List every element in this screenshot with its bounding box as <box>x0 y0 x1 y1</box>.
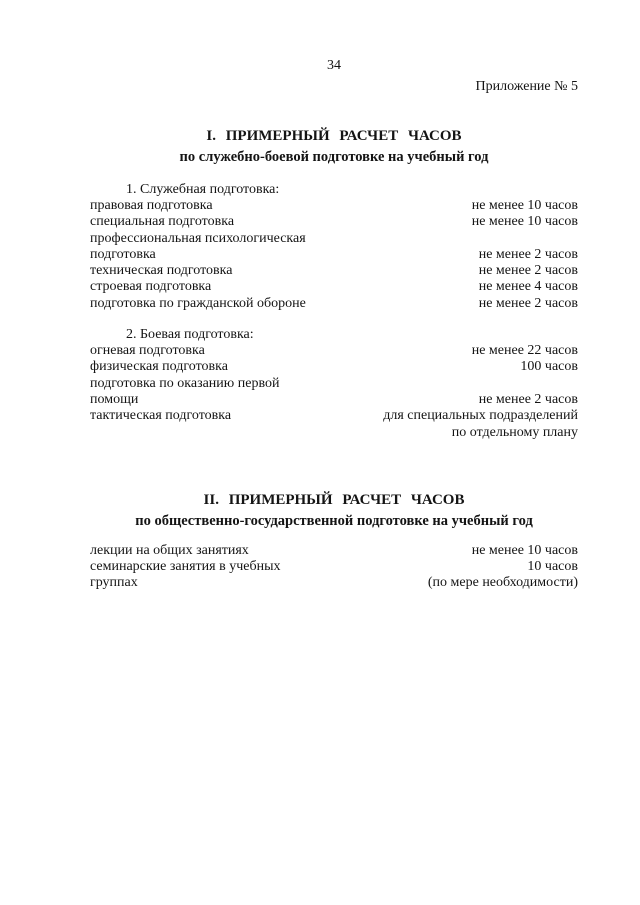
table-row: специальная подготовка не менее 10 часов <box>90 214 578 230</box>
row-label: тактическая подготовка <box>90 408 231 424</box>
row-value: не менее 2 часов <box>479 392 578 408</box>
table-row: подготовка не менее 2 часов <box>90 247 578 263</box>
row-label: огневая подготовка <box>90 343 205 359</box>
row-label: специальная подготовка <box>90 214 234 230</box>
row-value: не менее 10 часов <box>472 198 578 214</box>
row-label: семинарские занятия в учебных <box>90 559 281 575</box>
row-label: подготовка по оказанию первой <box>90 376 279 392</box>
document-page: 34 Приложение № 5 I. ПРИМЕРНЫЙ РАСЧЕТ ЧА… <box>0 0 640 905</box>
section-2-rows: лекции на общих занятиях не менее 10 час… <box>90 543 578 592</box>
table-row: подготовка по гражданской обороне не мен… <box>90 296 578 312</box>
row-value: не менее 10 часов <box>472 214 578 230</box>
section-1-title: I. ПРИМЕРНЫЙ РАСЧЕТ ЧАСОВ по служебно-бо… <box>90 127 578 166</box>
table-row: группах (по мере необходимости) <box>90 575 578 591</box>
group-2-rows: огневая подготовка не менее 22 часов физ… <box>90 343 578 441</box>
annex-label: Приложение № 5 <box>90 79 578 95</box>
table-row: профессиональная психологическая <box>90 231 578 247</box>
table-row: семинарские занятия в учебных 10 часов <box>90 559 578 575</box>
table-row: подготовка по оказанию первой <box>90 376 578 392</box>
table-row: тактическая подготовка для специальных п… <box>90 408 578 424</box>
section-1-title-line1: I. ПРИМЕРНЫЙ РАСЧЕТ ЧАСОВ <box>90 127 578 145</box>
group-1-heading: 1. Служебная подготовка: <box>90 182 578 198</box>
row-label: лекции на общих занятиях <box>90 543 249 559</box>
row-value: по отдельному плану <box>452 425 578 441</box>
row-value: 100 часов <box>520 359 578 375</box>
table-row: правовая подготовка не менее 10 часов <box>90 198 578 214</box>
row-label: подготовка <box>90 247 156 263</box>
row-label: строевая подготовка <box>90 279 211 295</box>
row-value: не менее 2 часов <box>479 263 578 279</box>
row-value: 10 часов <box>527 559 578 575</box>
table-row: лекции на общих занятиях не менее 10 час… <box>90 543 578 559</box>
row-value: не менее 10 часов <box>472 543 578 559</box>
row-label: физическая подготовка <box>90 359 228 375</box>
row-label: профессиональная психологическая <box>90 231 306 247</box>
group-2-heading: 2. Боевая подготовка: <box>90 327 578 343</box>
group-1-rows: правовая подготовка не менее 10 часов сп… <box>90 198 578 312</box>
row-label: помощи <box>90 392 138 408</box>
table-row: помощи не менее 2 часов <box>90 392 578 408</box>
document-content: 34 Приложение № 5 I. ПРИМЕРНЫЙ РАСЧЕТ ЧА… <box>0 0 640 592</box>
row-value: не менее 22 часов <box>472 343 578 359</box>
row-label: техническая подготовка <box>90 263 232 279</box>
table-row: физическая подготовка 100 часов <box>90 359 578 375</box>
row-label: подготовка по гражданской обороне <box>90 296 306 312</box>
row-value: для специальных подразделений <box>383 408 578 424</box>
section-2-title-line2: по общественно-государственной подготовк… <box>90 512 578 530</box>
row-label: группах <box>90 575 138 591</box>
row-value: не менее 4 часов <box>479 279 578 295</box>
row-value: не менее 2 часов <box>479 296 578 312</box>
section-2-title: II. ПРИМЕРНЫЙ РАСЧЕТ ЧАСОВ по общественн… <box>90 491 578 530</box>
row-value: не менее 2 часов <box>479 247 578 263</box>
table-row: огневая подготовка не менее 22 часов <box>90 343 578 359</box>
row-label: правовая подготовка <box>90 198 213 214</box>
table-row: по отдельному плану <box>90 425 578 441</box>
table-row: строевая подготовка не менее 4 часов <box>90 279 578 295</box>
section-1-title-line2: по служебно-боевой подготовке на учебный… <box>90 148 578 166</box>
page-number: 34 <box>90 58 578 74</box>
section-2-title-line1: II. ПРИМЕРНЫЙ РАСЧЕТ ЧАСОВ <box>90 491 578 509</box>
table-row: техническая подготовка не менее 2 часов <box>90 263 578 279</box>
row-value: (по мере необходимости) <box>428 575 578 591</box>
